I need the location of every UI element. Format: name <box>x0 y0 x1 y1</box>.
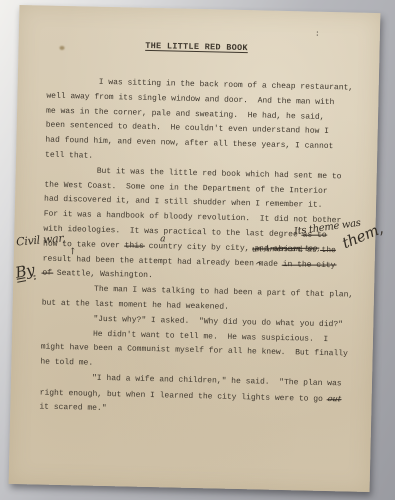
page-title: THE LITTLE RED BOOK <box>47 39 345 56</box>
stray-typed-mark: : <box>315 30 320 39</box>
struck-text: in the city <box>283 260 336 270</box>
handwritten-annotation-by-flourish: By <box>14 261 36 282</box>
document-page: : THE LITTLE RED BOOK I was sitting in t… <box>9 5 381 492</box>
insertion-caret-icon: ↑ <box>69 247 76 257</box>
handwritten-annotation-inline: un-American, too, <box>252 244 319 254</box>
insertion-caret-icon: ^ <box>254 261 261 271</box>
struck-text: of <box>42 269 52 278</box>
struck-text: this <box>125 241 144 250</box>
struck-text: the <box>321 246 336 255</box>
handwritten-out: out <box>326 392 342 407</box>
handwritten-annotation-a: a <box>160 234 165 244</box>
